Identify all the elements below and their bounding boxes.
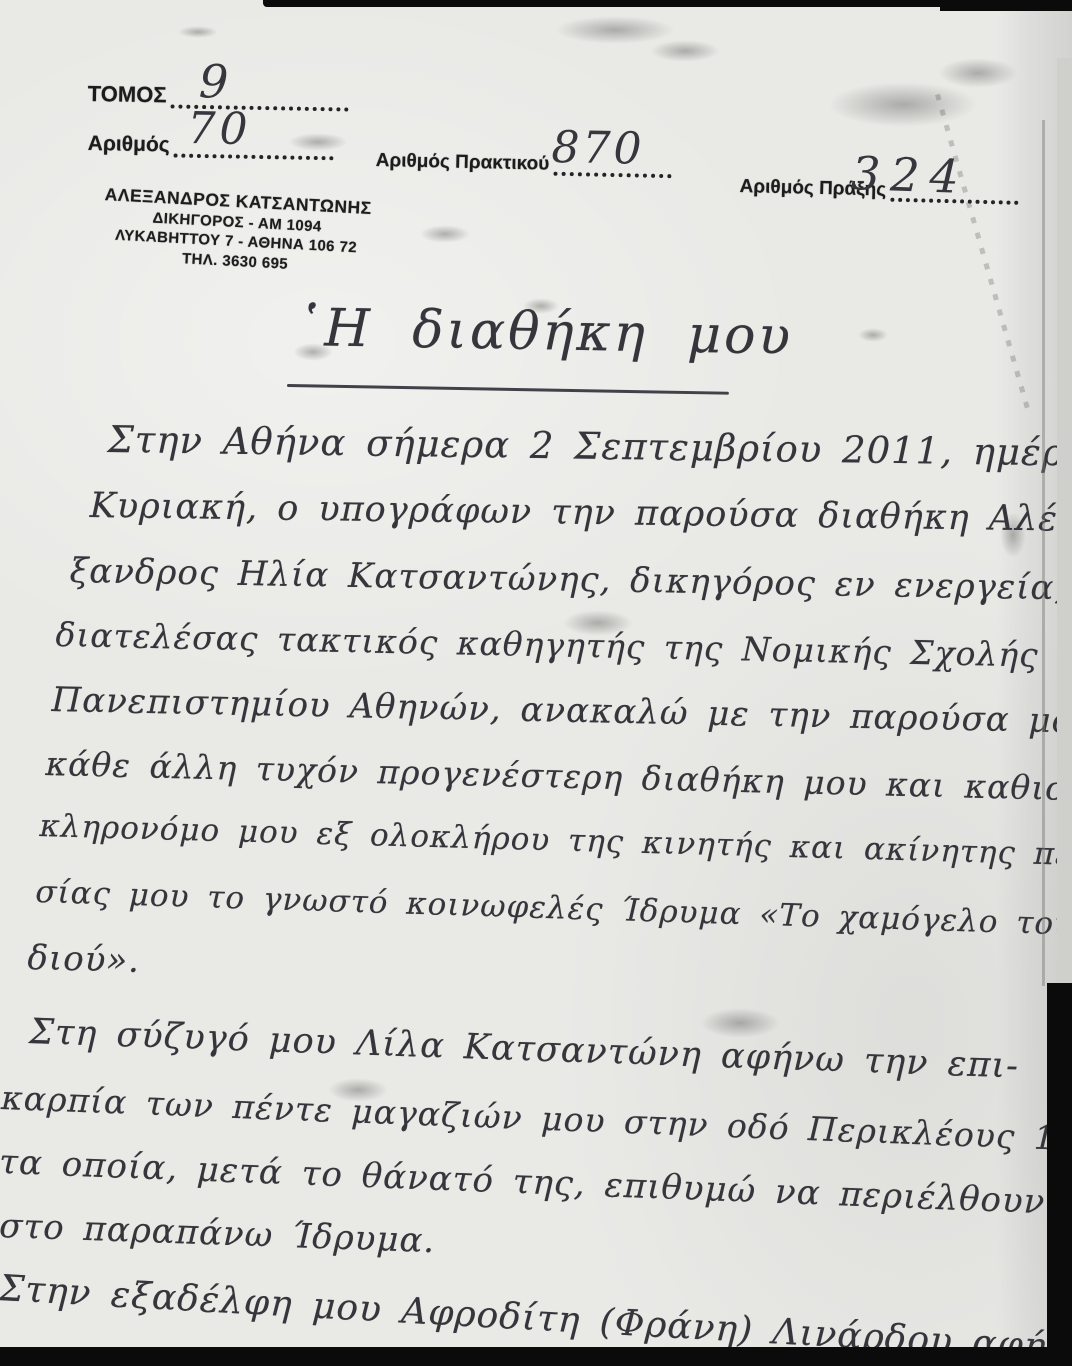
minutes-number-label: Αριθμός Πρακτικού	[375, 150, 549, 176]
scan-edge-right	[1047, 983, 1072, 1366]
toner-smudge	[555, 16, 675, 44]
scan-edge-bottom	[0, 1347, 1072, 1366]
paper-edge-line	[1042, 120, 1045, 986]
scanned-testament-page: ΤΟΜΟΣ 9 Αριθμός 70 Αριθμός Πρακτικού 870…	[0, 0, 1072, 1366]
volume-label: ΤΟΜΟΣ	[88, 81, 167, 108]
testament-line-6: κάθε άλλη τυχόν προγενέστερη διαθήκη μου…	[45, 744, 1072, 809]
testament-line-12: τα οποία, μετά το θάνατό της, επιθυμώ να…	[0, 1142, 1046, 1222]
title-underline	[287, 384, 729, 395]
lawyer-stamp: ΑΛΕΞΑΝΔΡΟΣ ΚΑΤΣΑΝΤΩΝΗΣ ΔΙΚΗΓΟΡΟΣ - ΑΜ 10…	[80, 182, 394, 279]
scan-edge-top	[263, 0, 963, 7]
toner-streak	[935, 94, 1031, 413]
number-label: Αριθμός	[88, 132, 170, 157]
testament-line-10: Στη σύζυγό μου Λίλα Κατσαντώνη αφήνω την…	[29, 1012, 1020, 1087]
scan-margin-right	[1057, 58, 1072, 986]
toner-smudge	[700, 1008, 780, 1038]
number-value: 70	[187, 103, 252, 155]
act-number-value: 324	[850, 146, 970, 204]
toner-smudge	[828, 82, 978, 127]
testament-line-9: διού».	[27, 938, 141, 981]
scan-edge-top-right	[940, 0, 1072, 11]
toner-smudge	[650, 40, 720, 62]
testament-line-13: στο παραπάνω Ίδρυμα.	[0, 1206, 436, 1261]
testament-title: ῾Η διαθήκη μου	[295, 298, 794, 367]
testament-line-7: κληρονόμο μου εξ ολοκλήρου της κινητής κ…	[39, 808, 1072, 875]
testament-line-1: Στην Αθήνα σήμερα 2 Σεπτεμβρίου 2011, ημ…	[107, 418, 1072, 475]
testament-line-3: ξανδρος Ηλία Κατσαντώνης, δικηγόρος εν ε…	[69, 551, 1066, 608]
toner-smudge	[938, 58, 1018, 88]
toner-smudge	[420, 225, 470, 243]
testament-line-2: Κυριακή, ο υπογράφων την παρούσα διαθήκη…	[89, 486, 1071, 540]
testament-line-8: σίας μου το γνωστό κοινωφελές Ίδρυμα «Το…	[35, 874, 1072, 945]
testament-line-5: Πανεπιστημίου Αθηνών, ανακαλώ με την παρ…	[51, 680, 1072, 742]
toner-smudge	[858, 328, 888, 342]
minutes-number-value: 870	[551, 122, 645, 175]
toner-smudge	[178, 26, 218, 38]
volume-value: 9	[198, 54, 229, 109]
testament-line-11: καρπία των πέντε μαγαζιών μου στην οδό Π…	[1, 1078, 1072, 1159]
